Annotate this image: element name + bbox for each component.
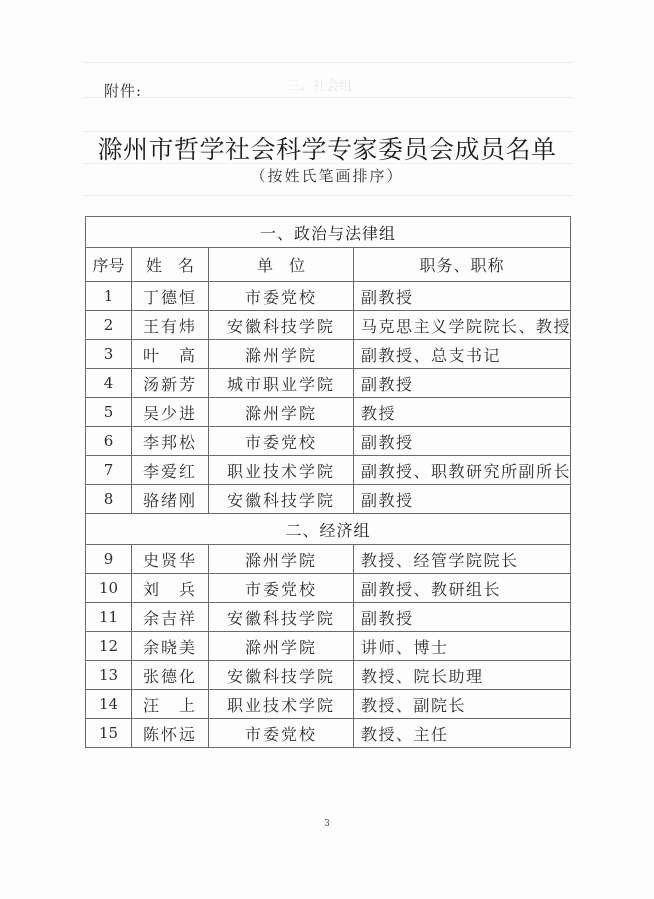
- cell-name: 陈怀远: [132, 719, 209, 748]
- cell-unit: 职业技术学院: [209, 456, 354, 485]
- document-subtitle: （按姓氏笔画排序）: [0, 165, 654, 186]
- cell-unit: 滁州学院: [209, 632, 354, 661]
- header-unit: 单 位: [209, 248, 354, 282]
- cell-no: 14: [86, 690, 132, 719]
- cell-position: 教授、主任: [354, 719, 571, 748]
- cell-unit: 市委党校: [209, 719, 354, 748]
- table-row: 3 叶 高 滁州学院 副教授、总支书记: [86, 340, 571, 369]
- cell-unit: 安徽科技学院: [209, 661, 354, 690]
- table-row: 12 余晓美 滁州学院 讲师、博士: [86, 632, 571, 661]
- cell-position: 教授、副院长: [354, 690, 571, 719]
- header-name: 姓 名: [132, 248, 209, 282]
- cell-no: 15: [86, 719, 132, 748]
- member-roster-table: 一、政治与法律组 序号 姓 名 单 位 职务、职称 1 丁德恒 市委党校 副教授…: [85, 216, 571, 748]
- table-row: 8 骆绪刚 安徽科技学院 副教授: [86, 485, 571, 514]
- cell-name: 骆绪刚: [132, 485, 209, 514]
- cell-name: 吴少进: [132, 398, 209, 427]
- cell-name: 史贤华: [132, 545, 209, 574]
- cell-position: 教授、院长助理: [354, 661, 571, 690]
- cell-position: 副教授: [354, 485, 571, 514]
- table-row: 4 汤新芳 城市职业学院 副教授: [86, 369, 571, 398]
- cell-position: 副教授、教研组长: [354, 574, 571, 603]
- cell-no: 11: [86, 603, 132, 632]
- group-title: 二、经济组: [86, 514, 571, 545]
- table-row: 6 李邦松 市委党校 副教授: [86, 427, 571, 456]
- cell-position: 副教授: [354, 603, 571, 632]
- cell-unit: 市委党校: [209, 574, 354, 603]
- cell-position: 马克思主义学院院长、教授: [354, 311, 571, 340]
- cell-name: 李邦松: [132, 427, 209, 456]
- header-position: 职务、职称: [354, 248, 571, 282]
- cell-unit: 安徽科技学院: [209, 311, 354, 340]
- group-title: 一、政治与法律组: [86, 217, 571, 248]
- table-row: 15 陈怀远 市委党校 教授、主任: [86, 719, 571, 748]
- bleed-through-text: 三、社会组: [287, 75, 352, 94]
- cell-position: 副教授、总支书记: [354, 340, 571, 369]
- cell-no: 6: [86, 427, 132, 456]
- cell-unit: 滁州学院: [209, 545, 354, 574]
- cell-no: 7: [86, 456, 132, 485]
- cell-unit: 市委党校: [209, 282, 354, 311]
- cell-no: 13: [86, 661, 132, 690]
- cell-no: 9: [86, 545, 132, 574]
- cell-unit: 安徽科技学院: [209, 485, 354, 514]
- cell-unit: 市委党校: [209, 427, 354, 456]
- cell-no: 8: [86, 485, 132, 514]
- cell-no: 4: [86, 369, 132, 398]
- cell-position: 副教授: [354, 427, 571, 456]
- cell-name: 汤新芳: [132, 369, 209, 398]
- cell-name: 叶 高: [132, 340, 209, 369]
- table-row: 2 王有炜 安徽科技学院 马克思主义学院院长、教授: [86, 311, 571, 340]
- group-header-row: 一、政治与法律组: [86, 217, 571, 248]
- attachment-label: 附件:: [104, 80, 142, 101]
- table-row: 5 吴少进 滁州学院 教授: [86, 398, 571, 427]
- cell-name: 余晓美: [132, 632, 209, 661]
- table-row: 1 丁德恒 市委党校 副教授: [86, 282, 571, 311]
- cell-name: 丁德恒: [132, 282, 209, 311]
- cell-name: 王有炜: [132, 311, 209, 340]
- cell-no: 5: [86, 398, 132, 427]
- page-number: 3: [0, 819, 654, 829]
- cell-no: 12: [86, 632, 132, 661]
- cell-no: 2: [86, 311, 132, 340]
- cell-name: 余吉祥: [132, 603, 209, 632]
- cell-name: 刘 兵: [132, 574, 209, 603]
- table-row: 9 史贤华 滁州学院 教授、经管学院院长: [86, 545, 571, 574]
- table-row: 14 汪 上 职业技术学院 教授、副院长: [86, 690, 571, 719]
- cell-position: 教授、经管学院院长: [354, 545, 571, 574]
- cell-unit: 滁州学院: [209, 398, 354, 427]
- cell-no: 10: [86, 574, 132, 603]
- cell-position: 副教授、职教研究所副所长: [354, 456, 571, 485]
- document-title: 滁州市哲学社会科学专家委员会成员名单: [0, 130, 654, 166]
- column-header-row: 序号 姓 名 单 位 职务、职称: [86, 248, 571, 282]
- cell-position: 副教授: [354, 369, 571, 398]
- cell-unit: 滁州学院: [209, 340, 354, 369]
- cell-name: 汪 上: [132, 690, 209, 719]
- table-row: 13 张德化 安徽科技学院 教授、院长助理: [86, 661, 571, 690]
- cell-no: 1: [86, 282, 132, 311]
- cell-unit: 城市职业学院: [209, 369, 354, 398]
- table-row: 10 刘 兵 市委党校 副教授、教研组长: [86, 574, 571, 603]
- cell-name: 李爱红: [132, 456, 209, 485]
- cell-name: 张德化: [132, 661, 209, 690]
- table-row: 11 余吉祥 安徽科技学院 副教授: [86, 603, 571, 632]
- header-no: 序号: [86, 248, 132, 282]
- cell-no: 3: [86, 340, 132, 369]
- cell-position: 教授: [354, 398, 571, 427]
- cell-position: 副教授: [354, 282, 571, 311]
- table-row: 7 李爱红 职业技术学院 副教授、职教研究所副所长: [86, 456, 571, 485]
- group-header-row: 二、经济组: [86, 514, 571, 545]
- cell-unit: 安徽科技学院: [209, 603, 354, 632]
- cell-unit: 职业技术学院: [209, 690, 354, 719]
- cell-position: 讲师、博士: [354, 632, 571, 661]
